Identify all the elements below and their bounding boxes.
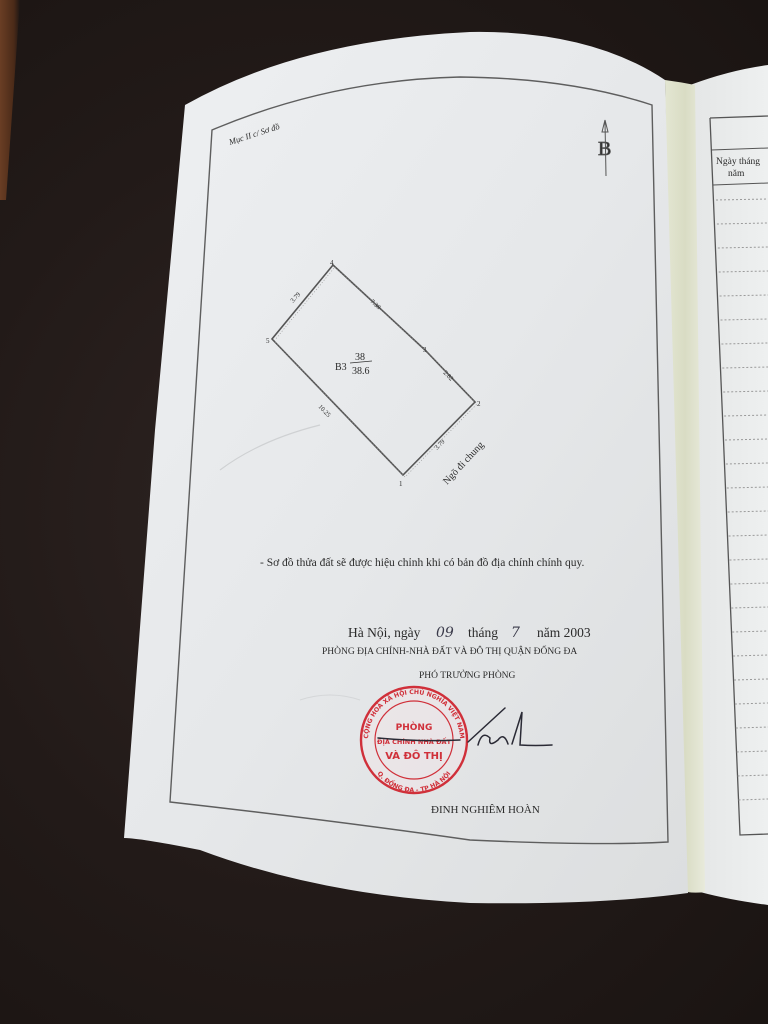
handwritten-day: 09: [436, 625, 454, 641]
svg-text:B: B: [598, 138, 611, 160]
svg-text:năm 2003: năm 2003: [537, 625, 591, 640]
vertex-4: 4: [330, 259, 334, 267]
vertex-3: 3: [423, 346, 427, 354]
parcel-denominator: 38.6: [352, 366, 370, 377]
svg-text:Hà Nội, ngày: Hà Nội, ngày: [348, 625, 421, 640]
parcel-numerator: 38: [355, 352, 365, 363]
vertex-1: 1: [399, 480, 403, 488]
signer-name: ĐINH NGHIÊM HOÀN: [431, 804, 540, 816]
parcel-label: B3: [335, 362, 347, 373]
diagram-note: - Sơ đồ thửa đất sẽ được hiệu chỉnh khi …: [260, 556, 585, 569]
document-photo: Mục II c/ Sơ đồ B 1 2 3 4 5 3.79 7.38 2.…: [0, 0, 768, 1024]
svg-text:PHÒNG: PHÒNG: [396, 721, 433, 733]
column-header-line1: Ngày tháng: [716, 157, 760, 167]
vertex-2: 2: [477, 400, 481, 408]
position-title: PHÓ TRƯỞNG PHÒNG: [419, 669, 516, 681]
svg-text:VÀ ĐÔ THỊ: VÀ ĐÔ THỊ: [385, 749, 443, 762]
svg-text:tháng: tháng: [468, 625, 498, 640]
vertex-5: 5: [266, 337, 270, 345]
handwritten-month: 7: [511, 625, 520, 641]
date-line: Hà Nội, ngày 09 tháng 7 năm 2003: [348, 625, 591, 641]
column-header-line2: năm: [728, 169, 745, 179]
